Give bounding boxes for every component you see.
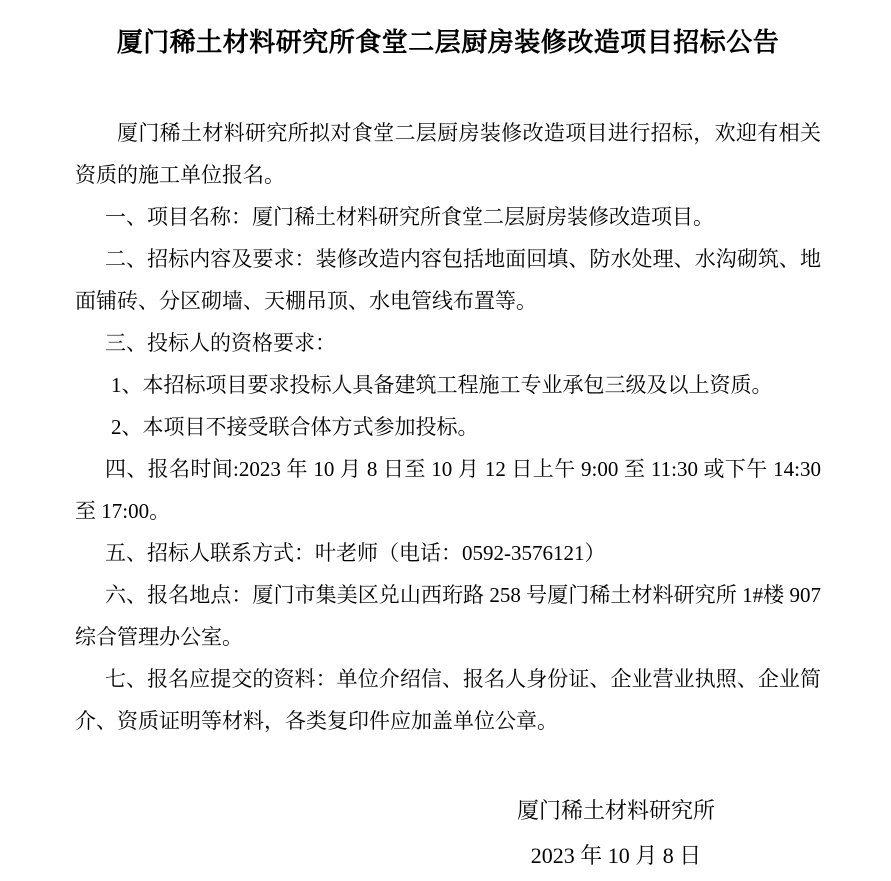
paragraph-item-4-registration-time: 四、报名时间:2023 年 10 月 8 日至 10 月 12 日上午 9:00… [75, 448, 821, 532]
document-title: 厦门稀土材料研究所食堂二层厨房装修改造项目招标公告 [75, 24, 821, 62]
paragraph-item-5-contact: 五、招标人联系方式：叶老师（电话：0592-3576121） [75, 532, 821, 574]
paragraph-subitem-2-no-consortium: 2、本项目不接受联合体方式参加投标。 [75, 406, 821, 448]
signature-block: 厦门稀土材料研究所 2023 年 10 月 8 日 [481, 788, 751, 878]
document-page: 厦门稀土材料研究所食堂二层厨房装修改造项目招标公告 厦门稀土材料研究所拟对食堂二… [0, 0, 891, 881]
paragraph-item-7-required-materials: 七、报名应提交的资料：单位介绍信、报名人身份证、企业营业执照、企业简介、资质证明… [75, 658, 821, 742]
paragraph-item-3-bidder-qualification: 三、投标人的资格要求： [75, 322, 821, 364]
paragraph-item-2-tender-content: 二、招标内容及要求：装修改造内容包括地面回填、防水处理、水沟砌筑、地面铺砖、分区… [75, 238, 821, 322]
paragraph-subitem-1-license-requirement: 1、本招标项目要求投标人具备建筑工程施工专业承包三级及以上资质。 [75, 364, 821, 406]
paragraph-intro: 厦门稀土材料研究所拟对食堂二层厨房装修改造项目进行招标，欢迎有相关资质的施工单位… [75, 112, 821, 196]
document-body: 厦门稀土材料研究所拟对食堂二层厨房装修改造项目进行招标，欢迎有相关资质的施工单位… [75, 112, 821, 742]
signature-organization: 厦门稀土材料研究所 [481, 788, 751, 833]
paragraph-item-6-registration-address: 六、报名地点：厦门市集美区兑山西珩路 258 号厦门稀土材料研究所 1#楼 90… [75, 574, 821, 658]
signature-date: 2023 年 10 月 8 日 [481, 833, 751, 878]
paragraph-item-1-project-name: 一、项目名称：厦门稀土材料研究所食堂二层厨房装修改造项目。 [75, 196, 821, 238]
